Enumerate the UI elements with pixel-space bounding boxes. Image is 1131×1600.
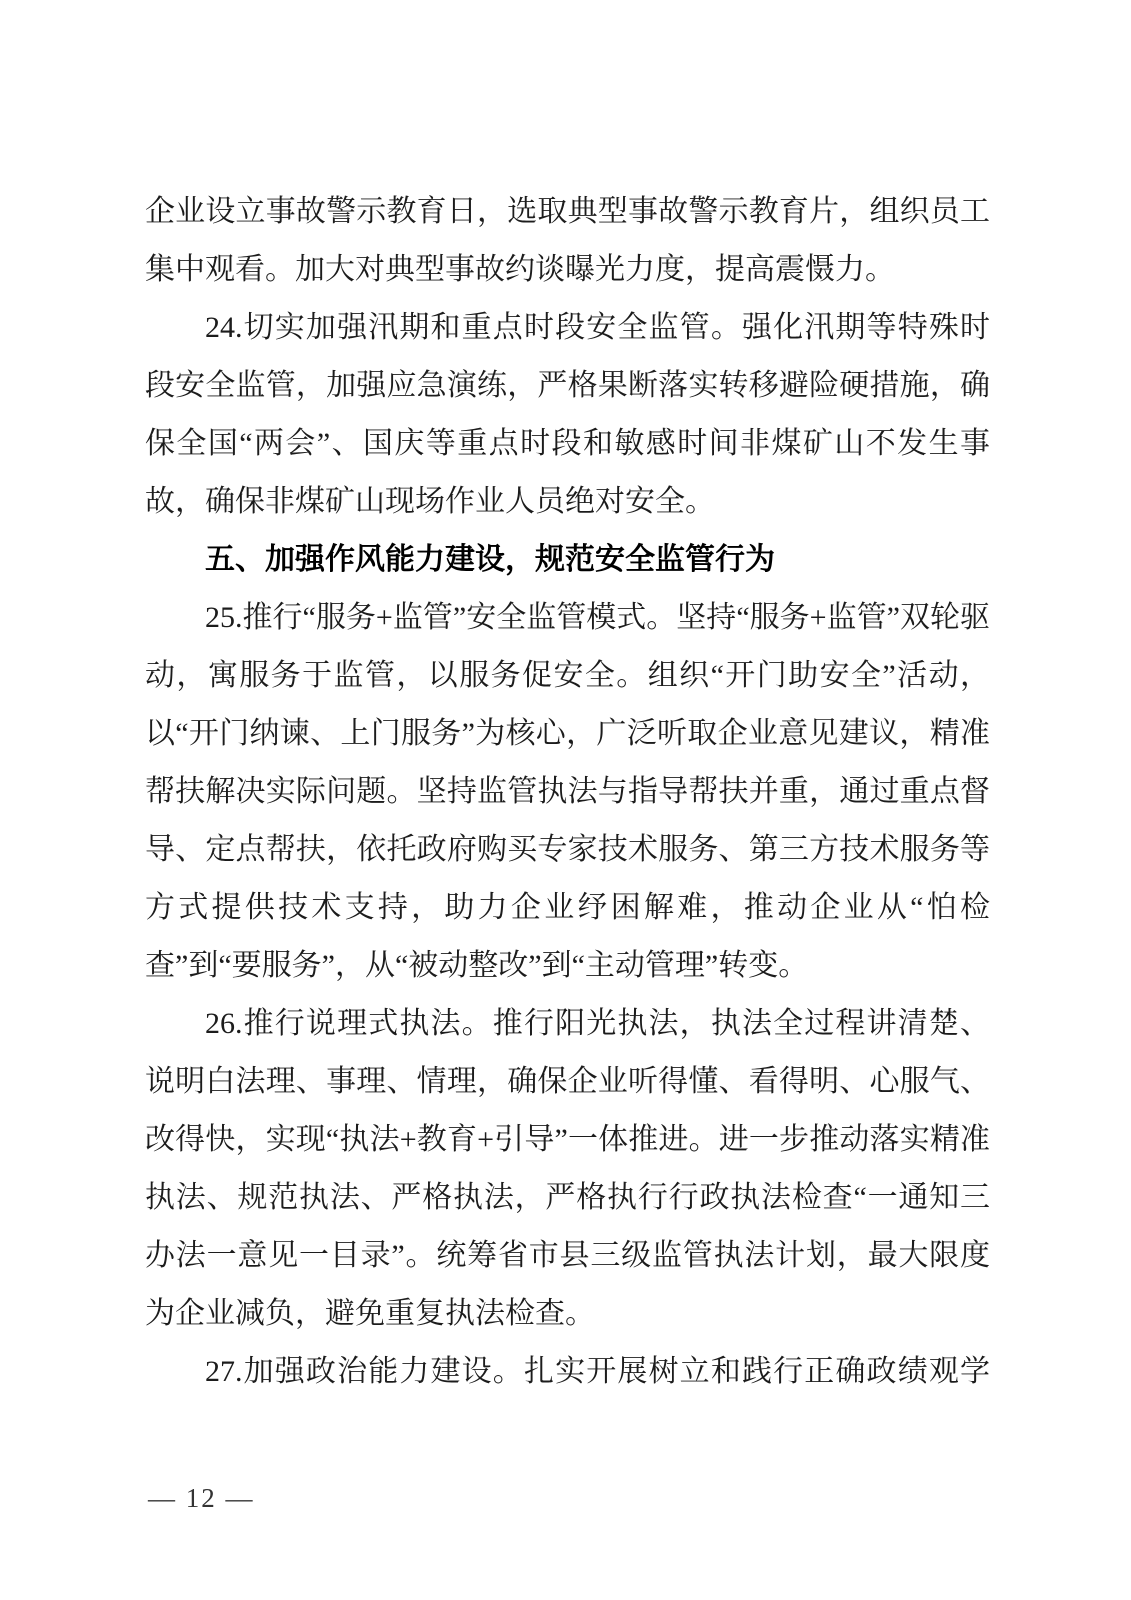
paragraph-item-24: 24.切实加强汛期和重点时段安全监管。强化汛期等特殊时段安全监管，加强应急演练，… bbox=[145, 299, 990, 531]
paragraph-item-27: 27.加强政治能力建设。扎实开展树立和践行正确政绩观学 bbox=[145, 1343, 990, 1401]
page-number-footer: — 12 — bbox=[148, 1482, 255, 1514]
paragraph-item-25: 25.推行“服务+监管”安全监管模式。坚持“服务+监管”双轮驱动，寓服务于监管，… bbox=[145, 589, 990, 995]
document-page: 企业设立事故警示教育日，选取典型事故警示教育片，组织员工集中观看。加大对典型事故… bbox=[0, 0, 1131, 1600]
paragraph-item-26: 26.推行说理式执法。推行阳光执法，执法全过程讲清楚、说明白法理、事理、情理，确… bbox=[145, 995, 990, 1343]
document-body: 企业设立事故警示教育日，选取典型事故警示教育片，组织员工集中观看。加大对典型事故… bbox=[145, 183, 990, 1401]
section-heading-5: 五、加强作风能力建设，规范安全监管行为 bbox=[145, 531, 990, 589]
paragraph-continuation: 企业设立事故警示教育日，选取典型事故警示教育片，组织员工集中观看。加大对典型事故… bbox=[145, 183, 990, 299]
